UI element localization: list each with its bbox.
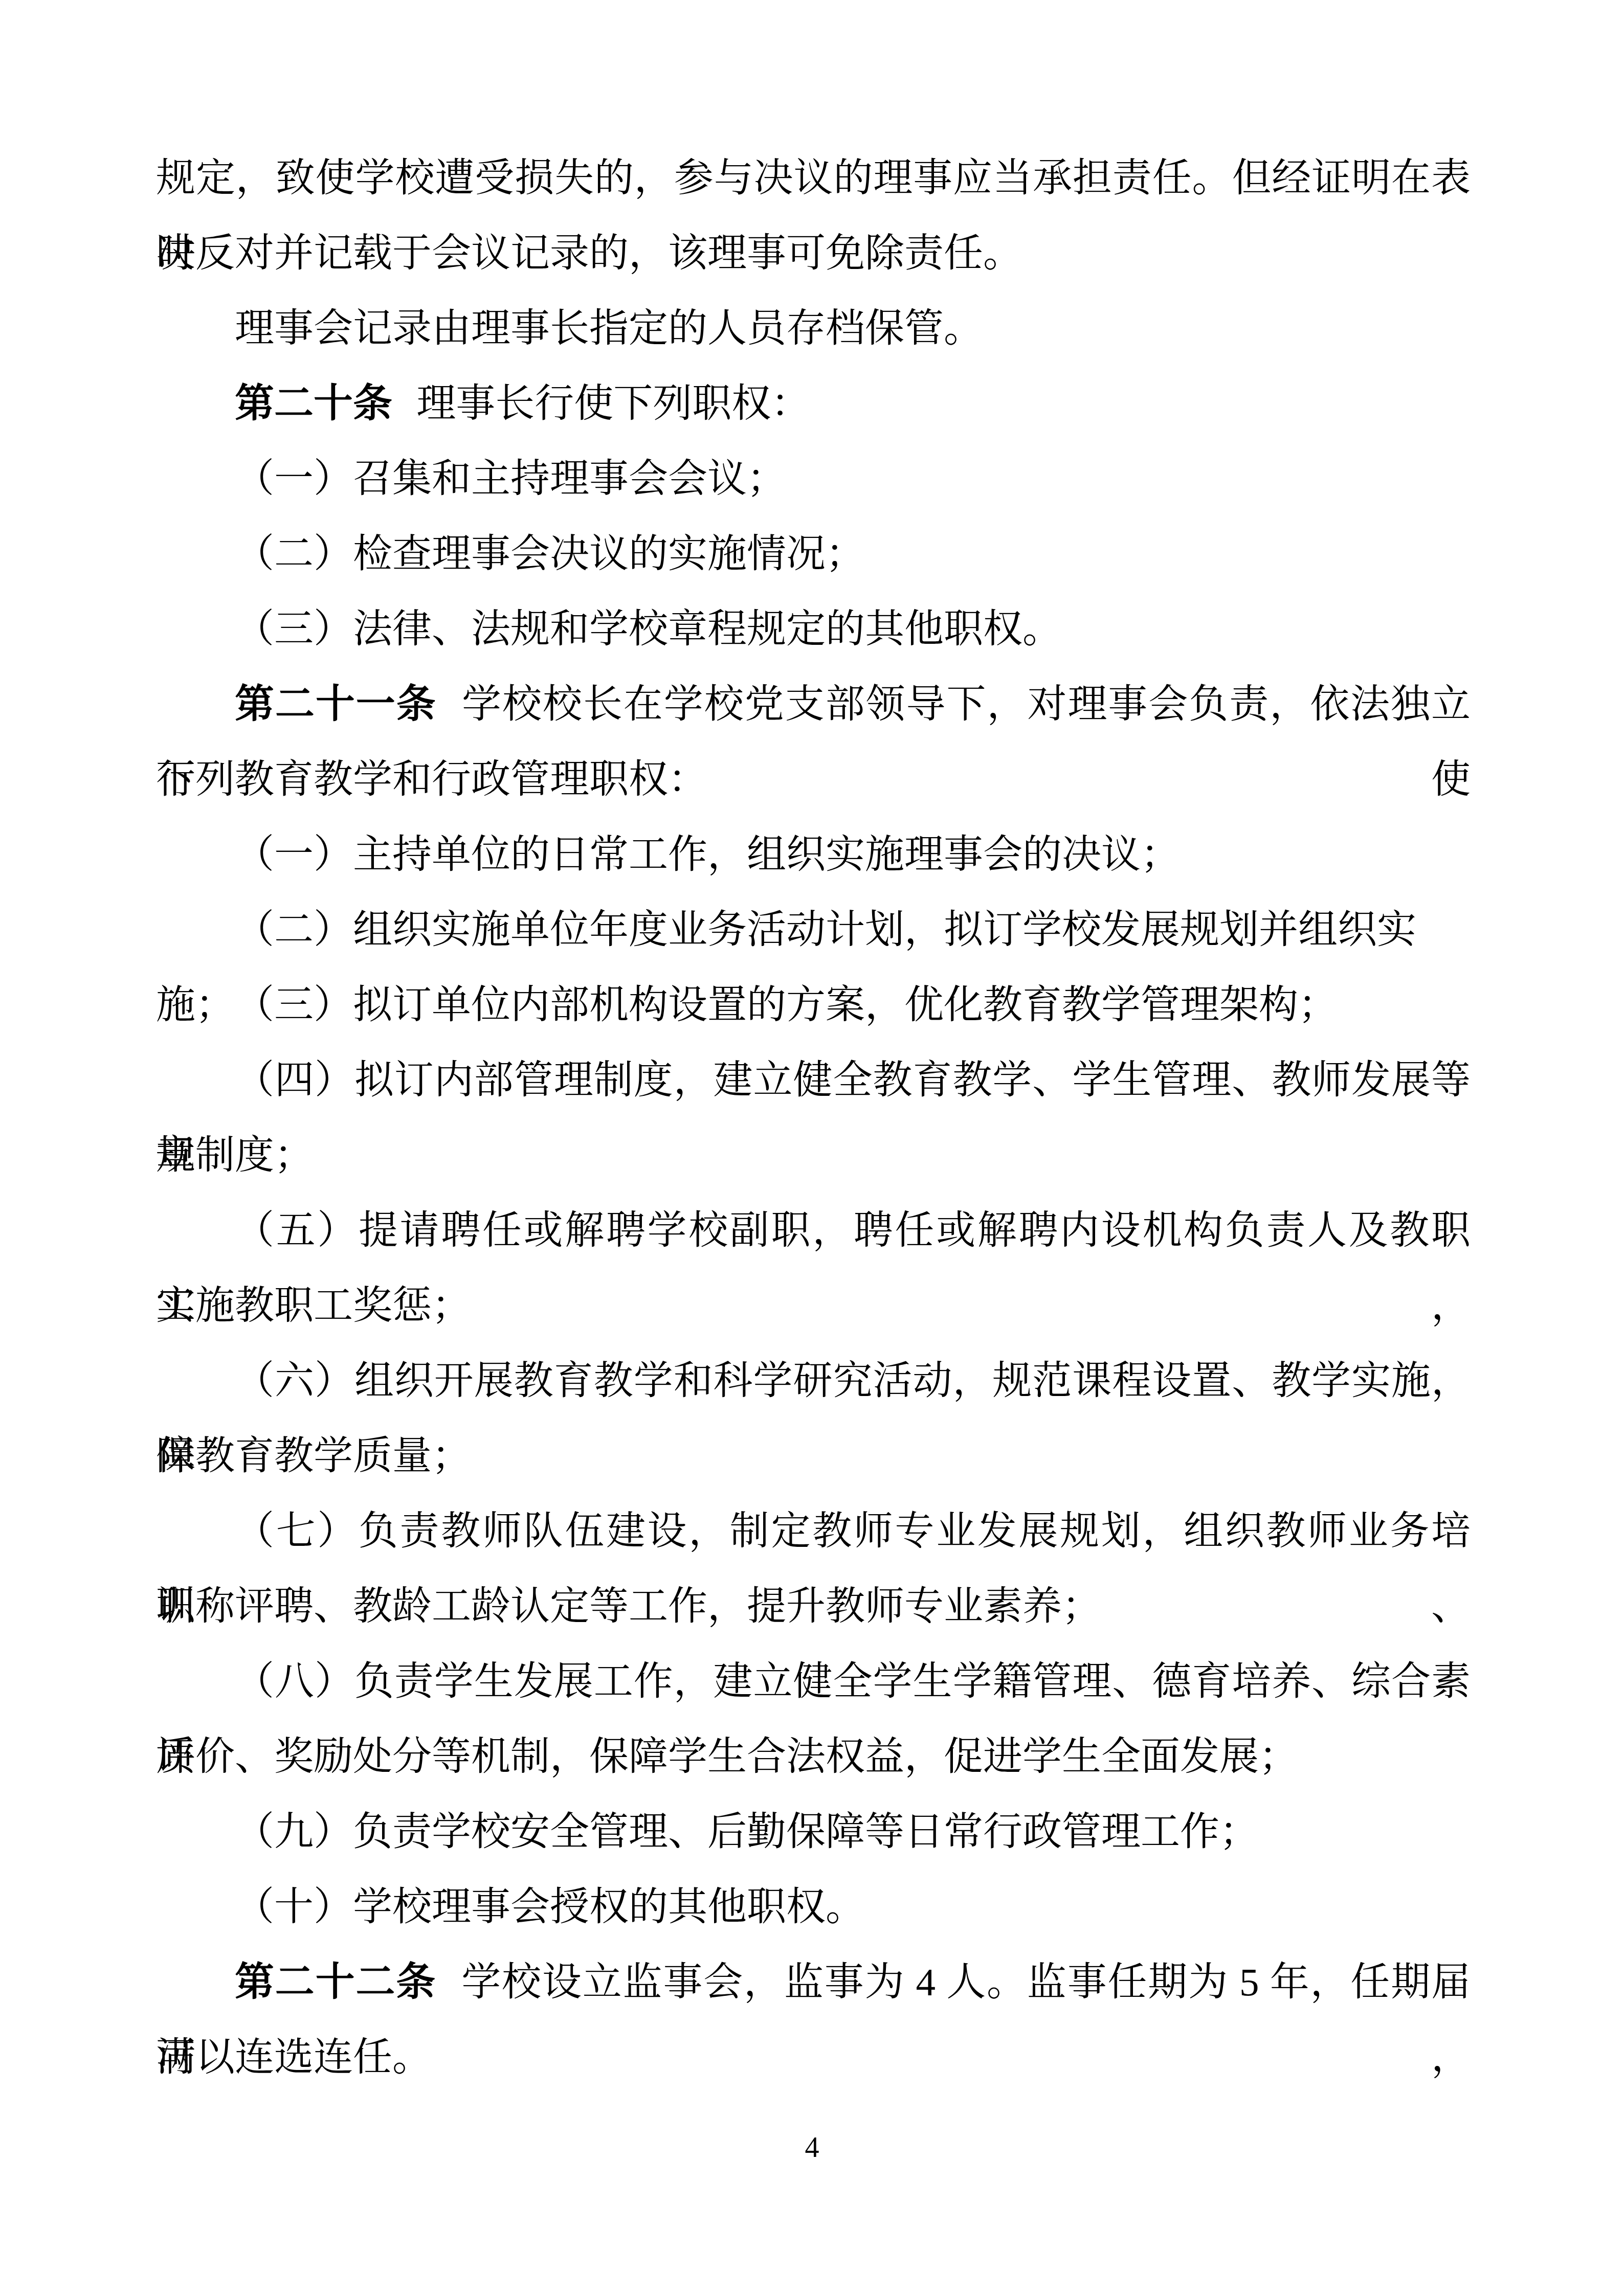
text-run: 时反对并记载于会议记录的，该理事可免除责任。 — [156, 231, 1022, 275]
footer: 4 — [0, 2132, 1624, 2163]
text-line: （六）组织开展教育教学和科学研究活动，规范课程设置、教学实施，保 — [156, 1343, 1471, 1419]
text-block: 规定，致使学校遭受损失的，参与决议的理事应当承担责任。但经证明在表决时反对并记载… — [156, 141, 1471, 2095]
text-line: 理事会记录由理事长指定的人员存档保管。 — [156, 291, 1471, 366]
text-run: （一）召集和主持理事会会议； — [235, 457, 786, 501]
text-line: 第二十二条 学校设立监事会，监事为 4 人。监事任期为 5 年，任期届满， — [156, 1945, 1471, 2020]
text-run: 理事会记录由理事长指定的人员存档保管。 — [235, 306, 983, 350]
article-number: 第二十条 — [235, 381, 392, 425]
text-line: 评价、奖励处分等机制，保障学生合法权益，促进学生全面发展； — [156, 1719, 1471, 1794]
text-run: 评价、奖励处分等机制，保障学生合法权益，促进学生全面发展； — [156, 1735, 1298, 1779]
text-line: 规定，致使学校遭受损失的，参与决议的理事应当承担责任。但经证明在表决 — [156, 141, 1471, 216]
text-run: （一）主持单位的日常工作，组织实施理事会的决议； — [235, 832, 1180, 876]
text-line: （二）检查理事会决议的实施情况； — [156, 516, 1471, 592]
text-line: （一）主持单位的日常工作，组织实施理事会的决议； — [156, 817, 1471, 892]
article-number: 第二十一条 — [235, 682, 437, 726]
text-run: （三）拟订单位内部机构设置的方案，优化教育教学管理架构； — [235, 983, 1338, 1027]
text-line: （八）负责学生发展工作，建立健全学生学籍管理、德育培养、综合素质 — [156, 1644, 1471, 1719]
text-line: 时反对并记载于会议记录的，该理事可免除责任。 — [156, 216, 1471, 291]
text-run: （二）检查理事会决议的实施情况； — [235, 532, 865, 576]
text-run: 理事长行使下列职权： — [407, 381, 810, 425]
text-line: 第二十一条 学校校长在学校党支部领导下，对理事会负责，依法独立行使 — [156, 667, 1471, 742]
text-run: （十）学校理事会授权的其他职权。 — [235, 1885, 865, 1929]
text-line: （七）负责教师队伍建设，制定教师专业发展规划，组织教师业务培训、 — [156, 1494, 1471, 1569]
text-line: （十）学校理事会授权的其他职权。 — [156, 1870, 1471, 1945]
page-number: 4 — [805, 2132, 819, 2164]
document-page: 规定，致使学校遭受损失的，参与决议的理事应当承担责任。但经证明在表决时反对并记载… — [0, 0, 1624, 2296]
text-run: 可以连选连任。 — [156, 2035, 432, 2079]
text-line: 第二十条 理事长行使下列职权： — [156, 366, 1471, 441]
text-line: （三）法律、法规和学校章程规定的其他职权。 — [156, 592, 1471, 667]
article-number: 第二十二条 — [235, 1960, 436, 2004]
text-run: （三）法律、法规和学校章程规定的其他职权。 — [235, 607, 1062, 651]
text-line: （一）召集和主持理事会会议； — [156, 441, 1471, 516]
text-run: 障教育教学质量； — [156, 1434, 471, 1478]
text-run: 下列教育教学和行政管理职权： — [156, 757, 707, 801]
text-line: 章制度； — [156, 1118, 1471, 1193]
text-line: （二）组织实施单位年度业务活动计划，拟订学校发展规划并组织实施； — [156, 892, 1471, 967]
text-line: （三）拟订单位内部机构设置的方案，优化教育教学管理架构； — [156, 967, 1471, 1043]
text-run: 章制度； — [156, 1133, 314, 1177]
text-line: （九）负责学校安全管理、后勤保障等日常行政管理工作； — [156, 1794, 1471, 1870]
text-run: 职称评聘、教龄工龄认定等工作，提升教师专业素养； — [156, 1584, 1101, 1628]
text-run: （九）负责学校安全管理、后勤保障等日常行政管理工作； — [235, 1810, 1259, 1854]
text-line: 障教育教学质量； — [156, 1419, 1471, 1494]
text-line: （五）提请聘任或解聘学校副职，聘任或解聘内设机构负责人及教职工， — [156, 1193, 1471, 1268]
text-line: （四）拟订内部管理制度，建立健全教育教学、学生管理、教师发展等规 — [156, 1043, 1471, 1118]
text-run: 实施教职工奖惩； — [156, 1284, 471, 1327]
